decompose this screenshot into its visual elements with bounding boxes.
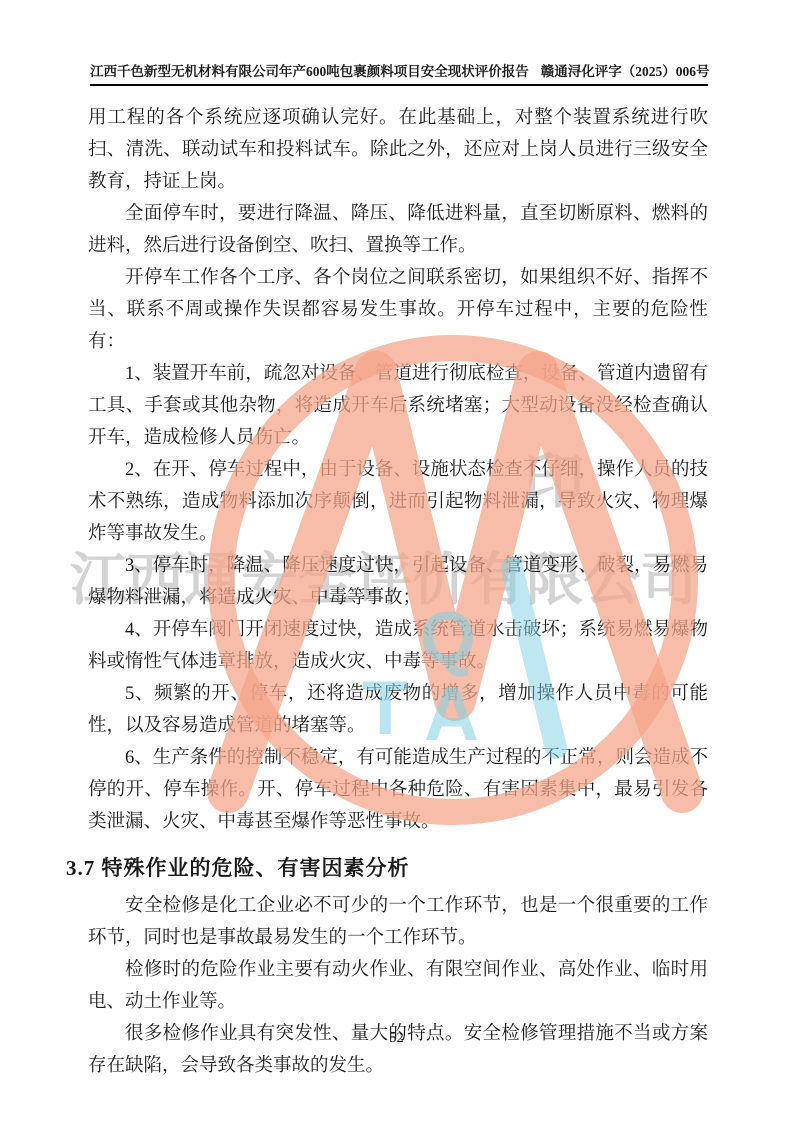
body-paragraph: 4、开停车阀门开闭速度过快，造成系统管道水击破坏；系统易燃易爆物料或惰性气体违章… (88, 614, 708, 678)
paragraph-group-special-work: 安全检修是化工企业必不可少的一个工作环节，也是一个很重要的工作环节，同时也是事故… (88, 890, 708, 1082)
document-body: 用工程的各个系统应逐项确认完好。在此基础上，对整个装置系统进行吹扫、清洗、联动试… (88, 102, 708, 1082)
body-paragraph: 全面停车时，要进行降温、降压、降低进料量，直至切断原料、燃料的进料，然后进行设备… (88, 198, 708, 262)
section-heading: 3.7 特殊作业的危险、有害因素分析 (66, 850, 708, 886)
header-report-title: 江西千色新型无机材料有限公司年产600吨包裹颜料项目安全现状评价报告 (90, 60, 529, 80)
body-paragraph: 检修时的危险作业主要有动火作业、有限空间作业、高处作业、临时用电、动土作业等。 (88, 954, 708, 1018)
body-paragraph: 1、装置开车前，疏忽对设备、管道进行彻底检查，设备、管道内遗留有工具、手套或其他… (88, 358, 708, 454)
body-paragraph: 用工程的各个系统应逐项确认完好。在此基础上，对整个装置系统进行吹扫、清洗、联动试… (88, 102, 708, 198)
body-paragraph: 3、停车时，降温、降压速度过快，引起设备、管道变形、破裂，易燃易爆物料泄漏，将造… (88, 550, 708, 614)
body-paragraph: 安全检修是化工企业必不可少的一个工作环节，也是一个很重要的工作环节，同时也是事故… (88, 890, 708, 954)
body-paragraph: 2、在开、停车过程中，由于设备、设施状态检查不仔细，操作人员的技术不熟练，造成物… (88, 454, 708, 550)
page-number: 52 (389, 1030, 404, 1046)
body-paragraph: 6、生产条件的控制不稳定，有可能造成生产过程的不正常，则会造成不停的开、停车操作… (88, 742, 708, 838)
paragraph-group-opening: 用工程的各个系统应逐项确认完好。在此基础上，对整个装置系统进行吹扫、清洗、联动试… (88, 102, 708, 838)
body-paragraph: 5、频繁的开、停车，还将造成废物的增多，增加操作人员中毒的可能性，以及容易造成管… (88, 678, 708, 742)
page-header: 江西千色新型无机材料有限公司年产600吨包裹颜料项目安全现状评价报告 赣通浔化评… (90, 60, 708, 86)
body-paragraph: 开停车工作各个工序、各个岗位之间联系密切，如果组织不好、指挥不当、联系不周或操作… (88, 262, 708, 358)
document-page: 江西通安全评价有限公司 印 江西千色新型无机材料有限公司年产600吨包裹颜料项目… (0, 0, 793, 1122)
header-document-number: 赣通浔化评字（2025）006号 (541, 60, 710, 80)
body-paragraph: 很多检修作业具有突发性、量大的特点。安全检修管理措施不当或方案存在缺陷，会导致各… (88, 1018, 708, 1082)
page-footer: 52 (0, 1030, 793, 1047)
